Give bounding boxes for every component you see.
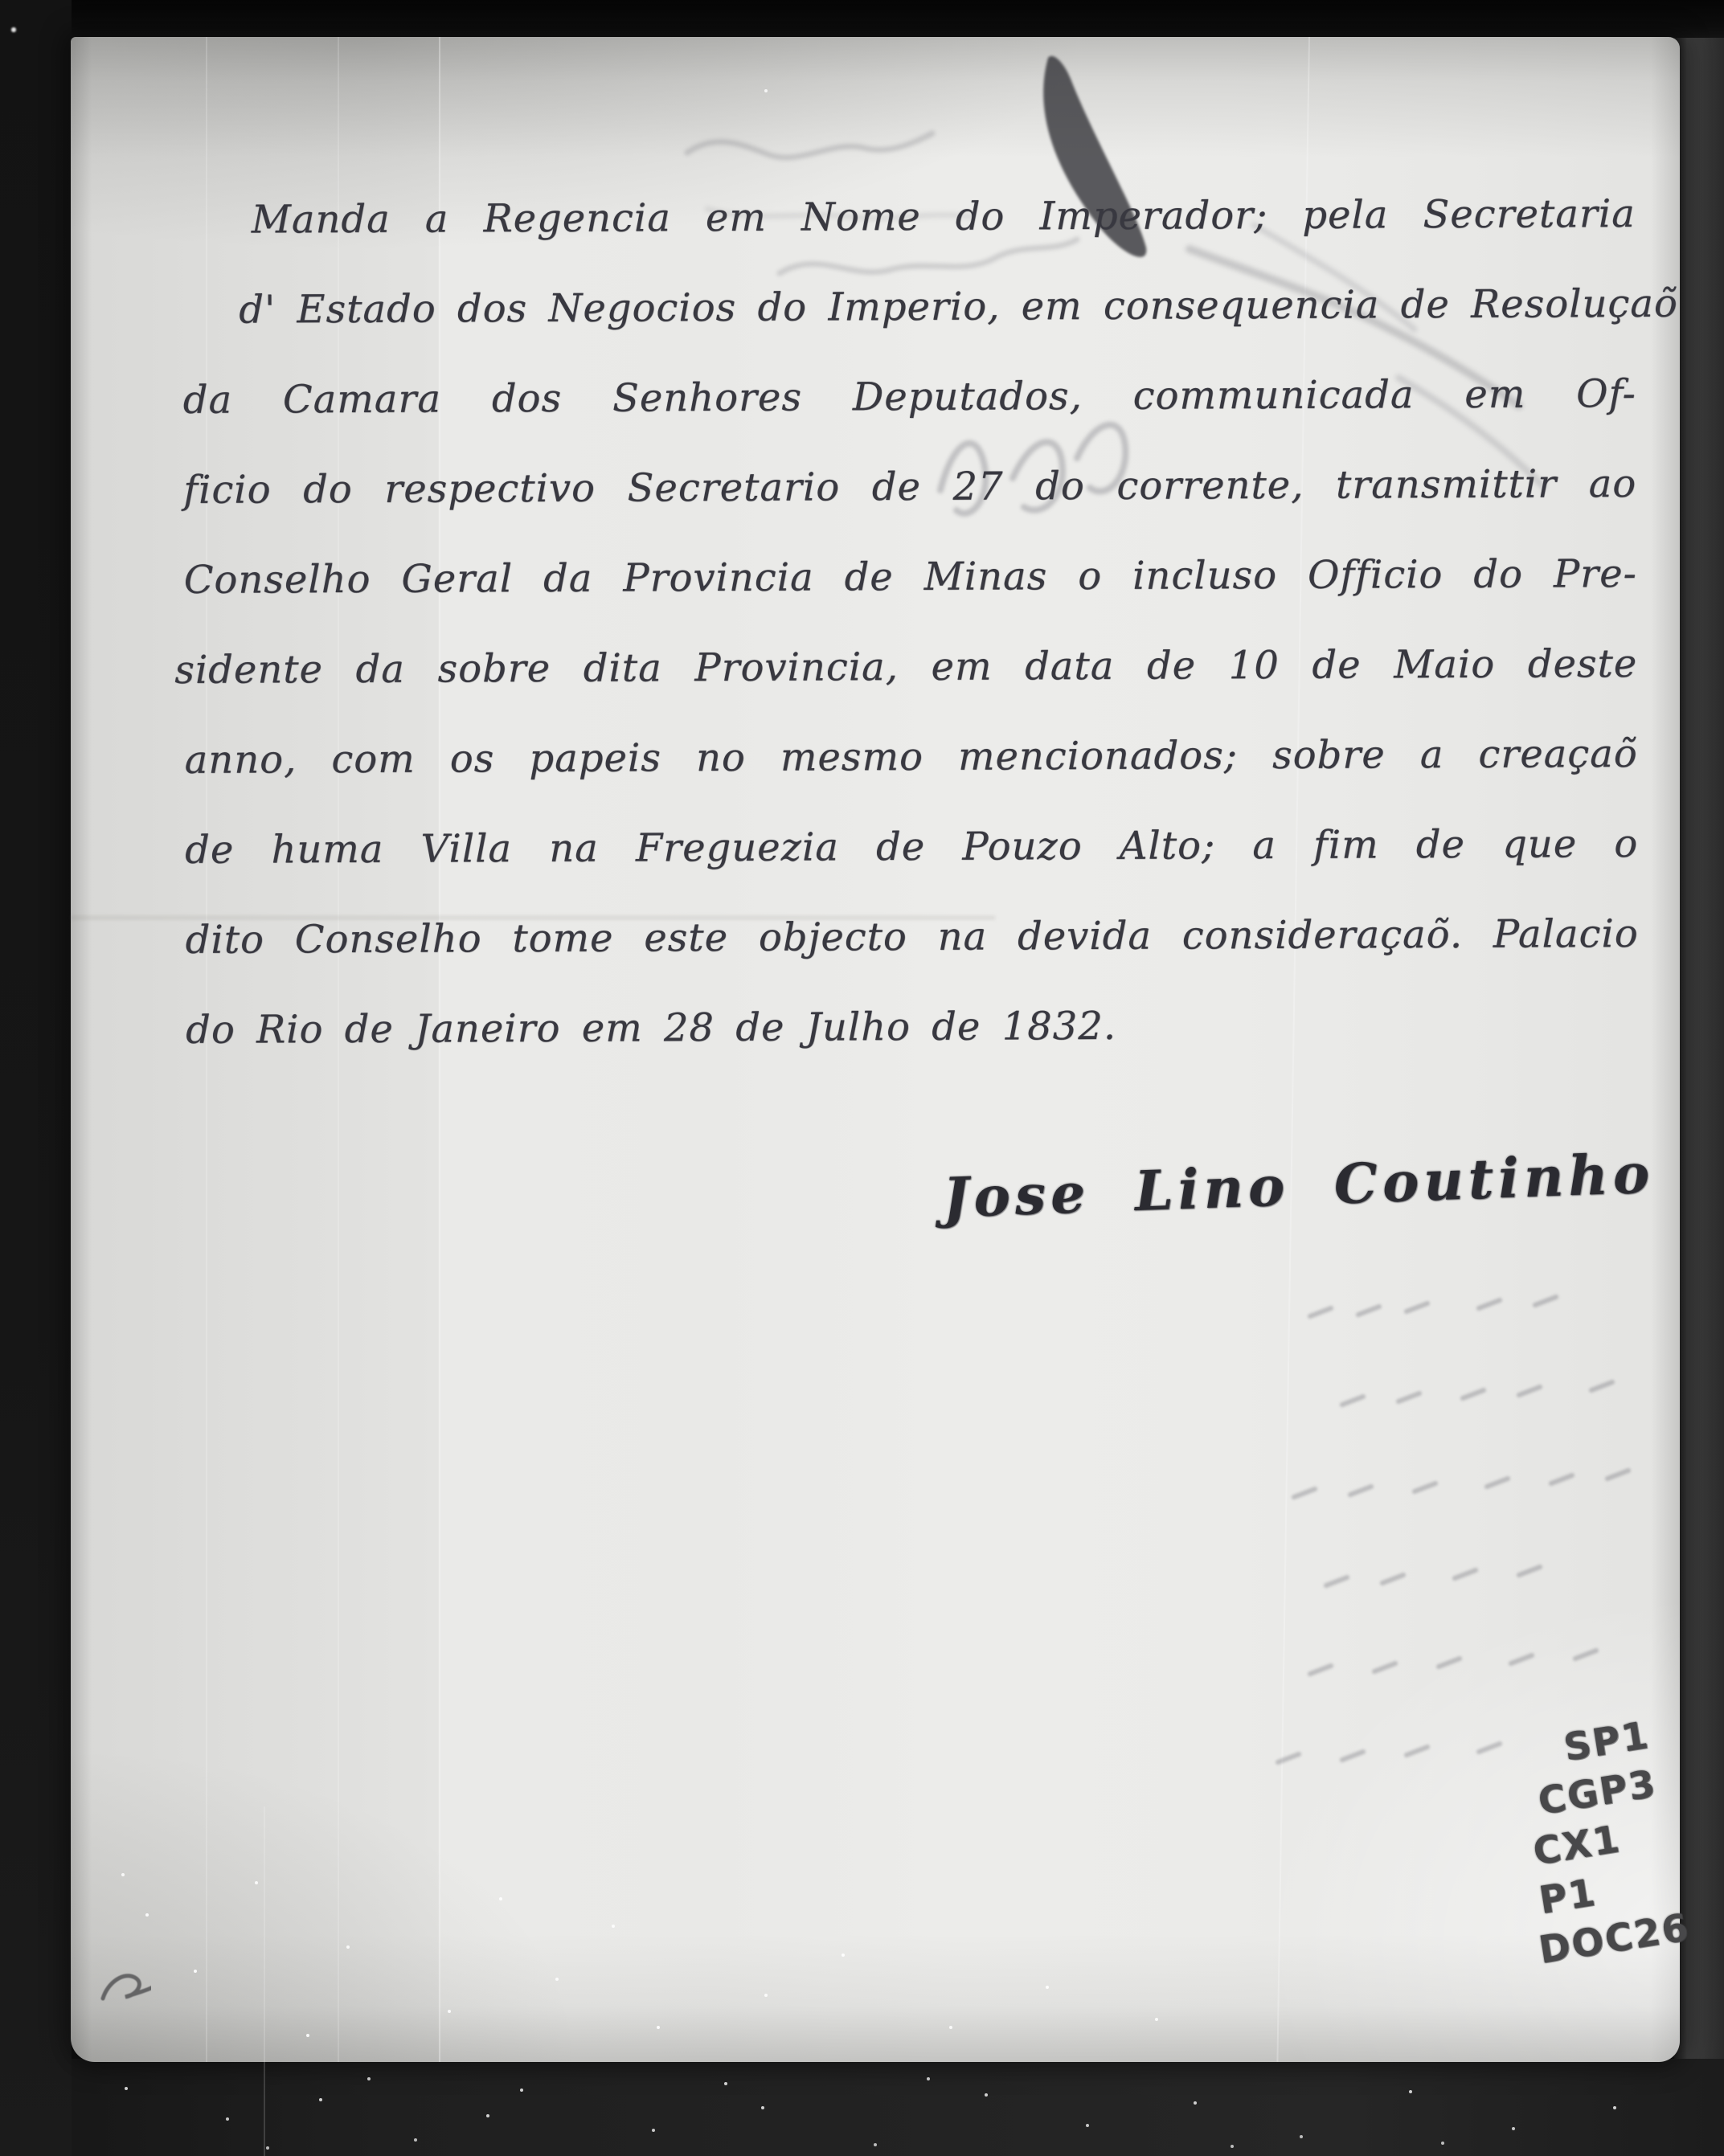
- manuscript-line: Conselho Geral da Provincia de Minas o i…: [173, 529, 1637, 625]
- manuscript-line: de huma Villa na Freguezia de Pouzo Alto…: [174, 799, 1638, 895]
- scan-background-right: [1674, 0, 1724, 2156]
- scan-line-artifact: [264, 1806, 265, 2156]
- signature: Jose Lino Coutinho: [942, 1142, 1656, 1231]
- manuscript-body: Manda a Regencia em Nome do Imperador; p…: [171, 169, 1640, 1075]
- manuscript-line: ficio do respectivo Secretario de 27 do …: [172, 439, 1636, 535]
- scan-background-bottom: [0, 2059, 1724, 2156]
- manuscript-line: sidente da sobre dita Provincia, em data…: [173, 619, 1637, 715]
- manuscript-line: da Camara dos Senhores Deputados, commun…: [172, 349, 1636, 445]
- manuscript-line: do Rio de Janeiro em 28 de Julho de 1832…: [174, 979, 1639, 1075]
- manuscript-line: anno, com os papeis no mesmo mencionados…: [173, 709, 1637, 805]
- scan-background-top: [0, 0, 1724, 38]
- document-page: Manda a Regencia em Nome do Imperador; p…: [71, 37, 1680, 2062]
- pencil-mark: [95, 1965, 151, 2013]
- manuscript-line: Manda a Regencia em Nome do Imperador; p…: [171, 169, 1636, 265]
- scanned-document: Manda a Regencia em Nome do Imperador; p…: [0, 0, 1724, 2156]
- manuscript-line: dito Conselho tome este objecto na devid…: [174, 889, 1638, 985]
- archival-reference-block: SP1 CGP3 CX1 P1 DOC26: [1505, 1709, 1693, 1975]
- dust-specks: [0, 0, 2, 2]
- scan-background-left: [0, 0, 72, 2156]
- manuscript-line: d' Estado dos Negocios do Imperio, em co…: [171, 259, 1636, 355]
